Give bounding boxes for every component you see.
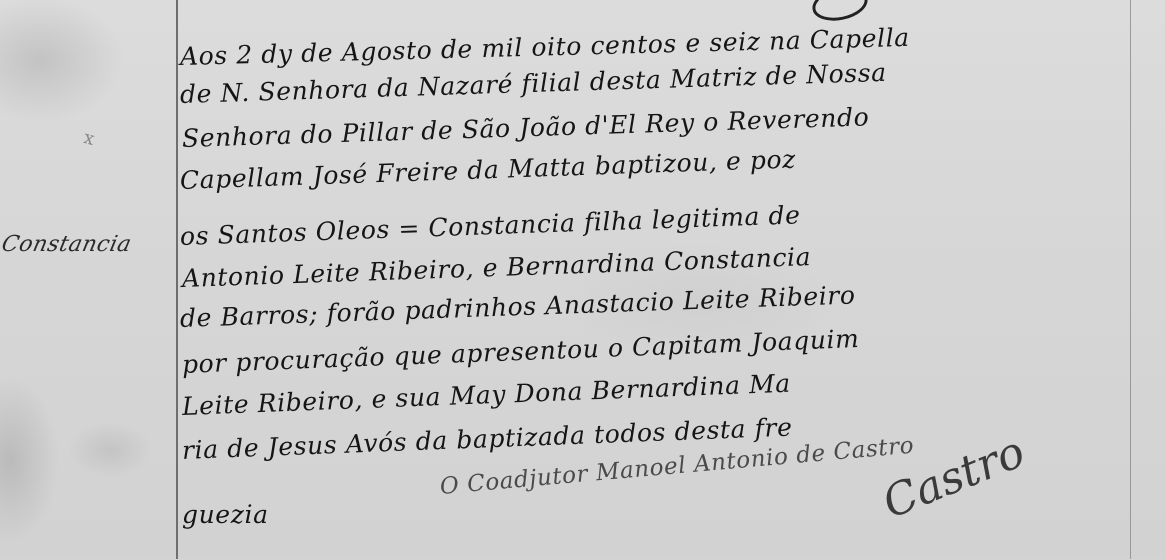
margin-name-note: Constancia <box>0 232 134 257</box>
margin-cross-mark: x <box>81 127 96 150</box>
record-line-11: guezia <box>182 500 269 529</box>
record-line-9: Leite Ribeiro, e sua May Dona Bernardina… <box>181 369 791 421</box>
document-page: x Constancia Aos 2 dy de Agosto de mil o… <box>0 0 1165 559</box>
margin-rule-left <box>176 0 178 559</box>
margin-rule-right <box>1130 0 1131 559</box>
flourish-decoration <box>809 0 870 25</box>
record-line-4: Capellam José Freire da Matta baptizou, … <box>179 145 796 195</box>
record-line-5: os Santos Oleos = Constancia filha legit… <box>179 200 800 251</box>
